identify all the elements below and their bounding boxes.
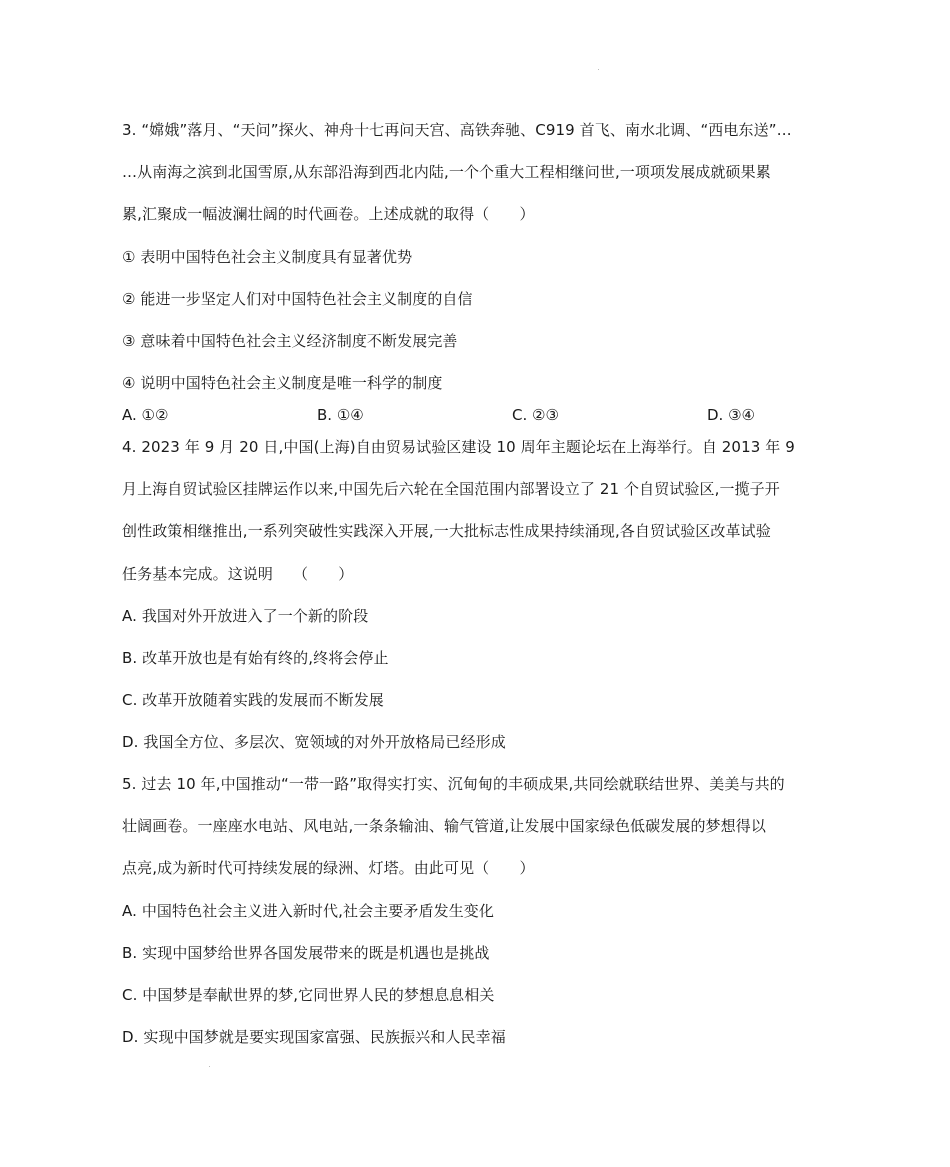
question-stem-line: 任务基本完成。这说明 （ ） (122, 564, 353, 584)
option-d: D. 实现中国梦就是要实现国家富强、民族振兴和人民幸福 (122, 1027, 506, 1047)
question-stem-line: …从南海之滨到北国雪原,从东部沿海到西北内陆,一个个重大工程相继问世,一项项发展… (122, 162, 771, 182)
option-b: B. ①④ (317, 405, 364, 425)
question-stem-line: 累,汇聚成一幅波澜壮阔的时代画卷。上述成就的取得（ ） (122, 204, 535, 224)
option-a: A. 中国特色社会主义进入新时代,社会主要矛盾发生变化 (122, 901, 494, 921)
option-a: A. ①② (122, 405, 168, 425)
page-mark (209, 1066, 210, 1067)
question-stem-line: 月上海自贸试验区挂牌运作以来,中国先后六轮在全国范围内部署设立了 21 个自贸试… (122, 479, 780, 499)
option-c: C. 改革开放随着实践的发展而不断发展 (122, 690, 384, 710)
statement-2: ② 能进一步坚定人们对中国特色社会主义制度的自信 (122, 289, 473, 309)
option-b: B. 改革开放也是有始有终的,终将会停止 (122, 648, 389, 668)
question-stem-line: 3. “嫦娥”落月、“天问”探火、神舟十七再问天宫、高铁奔驰、C919 首飞、南… (122, 120, 792, 140)
question-stem-line: 4. 2023 年 9 月 20 日,中国(上海)自由贸易试验区建设 10 周年… (122, 437, 795, 457)
option-a: A. 我国对外开放进入了一个新的阶段 (122, 606, 368, 626)
statement-4: ④ 说明中国特色社会主义制度是唯一科学的制度 (122, 373, 442, 393)
question-stem-line: 点亮,成为新时代可持续发展的绿洲、灯塔。由此可见（ ） (122, 858, 535, 878)
statement-3: ③ 意味着中国特色社会主义经济制度不断发展完善 (122, 331, 458, 351)
question-stem-line: 创性政策相继推出,一系列突破性实践深入开展,一大批标志性成果持续涌现,各自贸试验… (122, 521, 771, 541)
option-d: D. 我国全方位、多层次、宽领域的对外开放格局已经形成 (122, 732, 506, 752)
document-page: 3. “嫦娥”落月、“天问”探火、神舟十七再问天宫、高铁奔驰、C919 首飞、南… (0, 0, 950, 1167)
question-stem-line: 壮阔画卷。一座座水电站、风电站,一条条输油、输气管道,让发展中国家绿色低碳发展的… (122, 816, 766, 836)
option-b: B. 实现中国梦给世界各国发展带来的既是机遇也是挑战 (122, 943, 489, 963)
option-c: C. ②③ (512, 405, 559, 425)
page-mark (598, 69, 599, 70)
option-c: C. 中国梦是奉献世界的梦,它同世界人民的梦想息息相关 (122, 985, 494, 1005)
question-stem-line: 5. 过去 10 年,中国推动“一带一路”取得实打实、沉甸甸的丰硕成果,共同绘就… (122, 774, 785, 794)
statement-1: ① 表明中国特色社会主义制度具有显著优势 (122, 247, 412, 267)
option-d: D. ③④ (707, 405, 755, 425)
